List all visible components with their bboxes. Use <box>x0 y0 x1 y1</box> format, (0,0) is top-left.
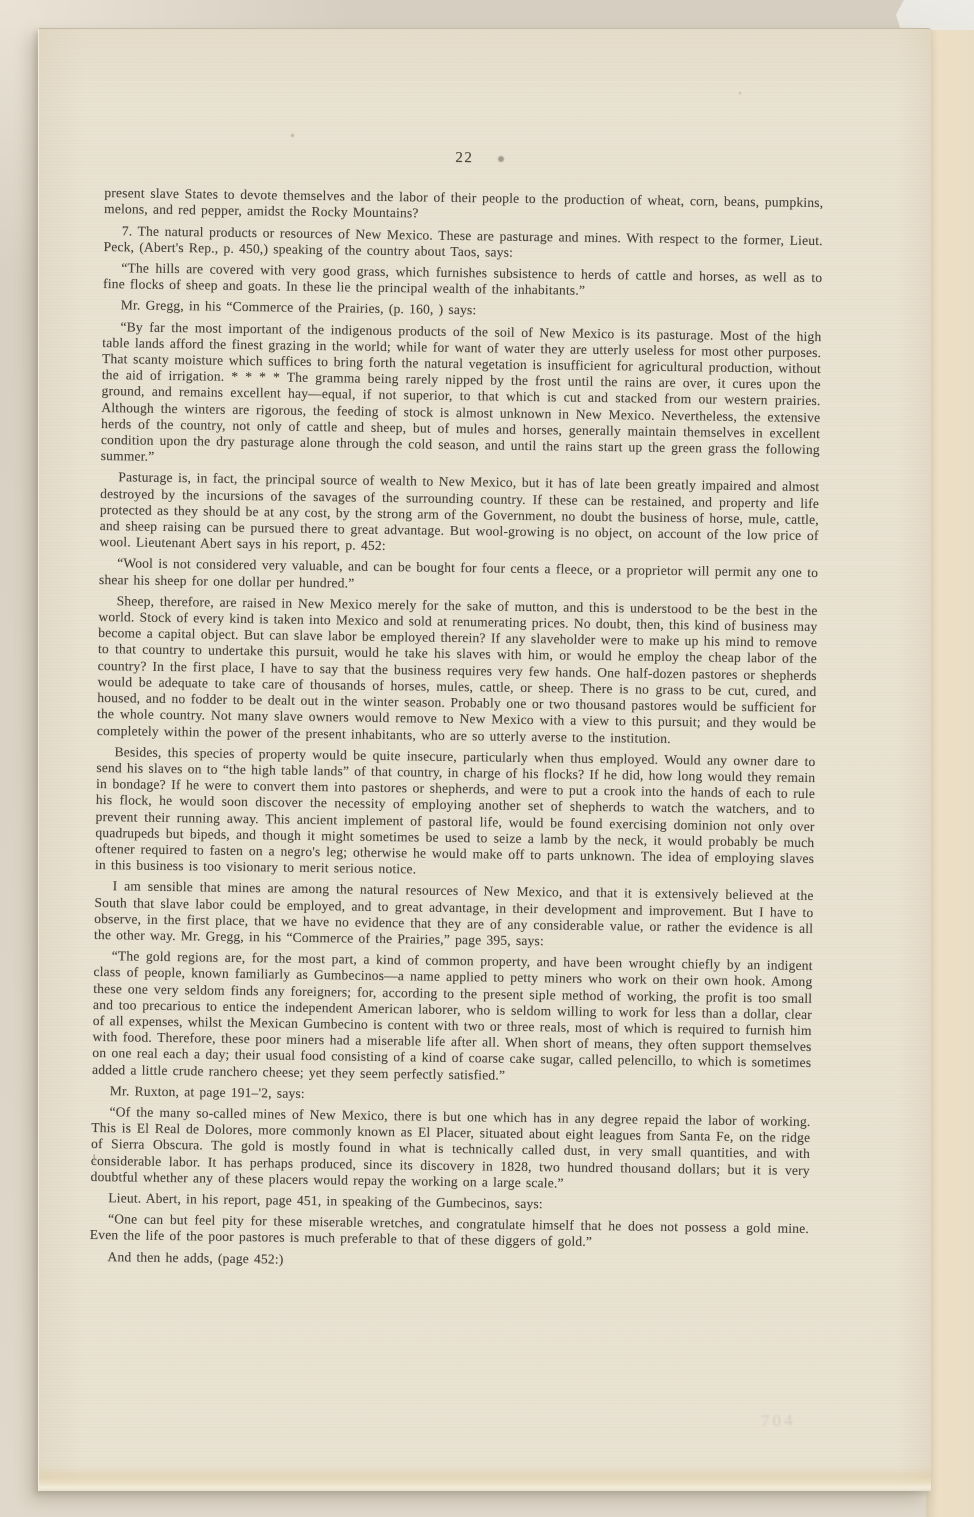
paper-speck <box>291 134 294 137</box>
paragraph: present slave States to devote themselve… <box>104 185 823 227</box>
text-column: 22 present slave States to devote themse… <box>89 145 824 1275</box>
faint-stamp: 704 <box>761 1410 796 1431</box>
paragraph-quote: “Wool is not considered very valuable, a… <box>99 555 818 597</box>
paragraph: I am sensible that mines are among the n… <box>94 878 814 953</box>
paragraph-quote: “By far the most important of the indige… <box>101 319 822 475</box>
paragraph: Pasturage is, in fact, the principal sou… <box>99 469 819 560</box>
paper-speck <box>739 92 741 94</box>
paragraph: Sheep, therefore, are raised in New Mexi… <box>97 593 818 749</box>
paragraph-quote: “Of the many so-called mines of New Mexi… <box>90 1104 810 1195</box>
page-number: 22 <box>105 145 824 171</box>
scan-surface: { "page": { "number": "22", "margin_mark… <box>0 0 974 1517</box>
scanned-page: 22 present slave States to devote themse… <box>38 28 931 1491</box>
paragraph-quote: “One can but feel pity for these miserab… <box>90 1211 809 1253</box>
paragraph-attribution: And then he adds, (page 452:) <box>89 1248 808 1274</box>
ink-spot <box>498 156 504 162</box>
page-fore-edge-strip <box>926 30 974 1517</box>
paragraph-quote: “The hills are covered with very good gr… <box>103 260 822 302</box>
paragraph: 7. The natural products or resources of … <box>103 223 822 265</box>
paragraph: Besides, this species of property would … <box>95 744 816 884</box>
paragraph-quote: “The gold regions are, for the most part… <box>92 948 813 1088</box>
page-bottom-edge <box>39 1465 931 1491</box>
stray-margin-mark: ! <box>92 1151 96 1167</box>
